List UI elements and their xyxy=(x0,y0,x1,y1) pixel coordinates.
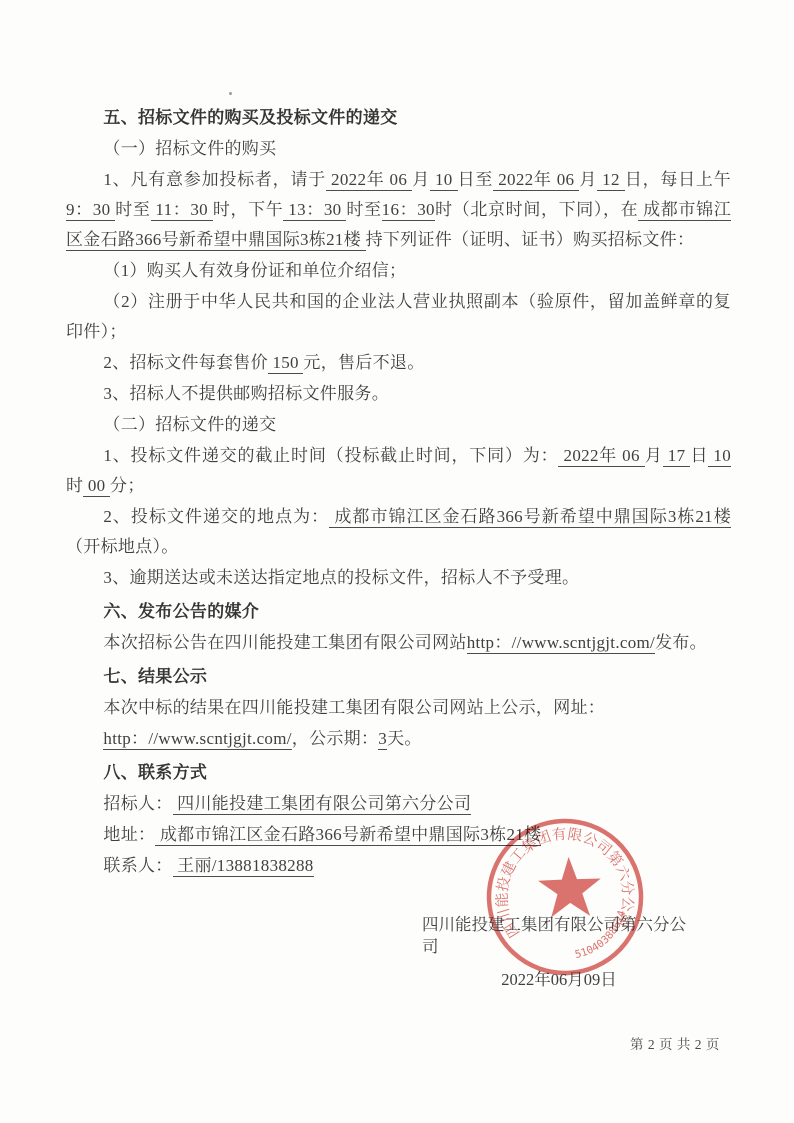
paragraph: （2）注册于中华人民共和国的企业法人营业执照副本（验原件，留加盖鲜章的复印件）； xyxy=(66,287,731,347)
filled-blank: http：//www.scntjgjt.com/ xyxy=(103,729,291,750)
filled-blank: 12 xyxy=(597,170,625,191)
filled-blank: 3 xyxy=(378,729,387,750)
text-run: 3、招标人不提供邮购招标文件服务。 xyxy=(103,384,389,403)
text-run: 八、联系方式 xyxy=(103,763,207,782)
text-run: （2）注册于中华人民共和国的企业法人营业执照副本（验原件，留加盖鲜章的复印件）； xyxy=(66,292,731,341)
paragraph: 3、逾期送达或未送达指定地点的投标文件，招标人不予受理。 xyxy=(66,563,731,593)
text-run: 元，售后不退。 xyxy=(303,353,424,372)
text-run: 月 xyxy=(412,170,430,189)
text-run: 月 xyxy=(645,446,663,465)
filled-blank: 16：30 xyxy=(382,200,435,221)
text-run: 联系人： xyxy=(103,856,172,875)
filled-blank: 10 xyxy=(708,446,731,467)
text-run: （二）招标文件的递交 xyxy=(103,415,276,434)
paragraph: 1、凡有意参加投标者，请于 2022年 06 月 10 日至 2022年 06 … xyxy=(66,165,731,255)
paragraph: （二）招标文件的递交 xyxy=(66,410,731,440)
filled-blank: 13：30 xyxy=(283,200,346,221)
text-run: 持下列证件（证明、证书）购买招标文件： xyxy=(366,230,695,249)
text-run: 本次招标公告在四川能投建工集团有限公司网站 xyxy=(103,633,466,652)
paragraph: 招标人： 四川能投建工集团有限公司第六分公司 xyxy=(66,789,731,819)
filled-blank: 11：30 xyxy=(151,200,213,221)
paragraph: 本次招标公告在四川能投建工集团有限公司网站http：//www.scntjgjt… xyxy=(66,628,731,658)
text-run: 本次中标的结果在四川能投建工集团有限公司网站上公示，网址： xyxy=(103,698,605,717)
paragraph: 地址： 成都市锦江区金石路366号新希望中鼎国际3栋21楼 xyxy=(66,820,731,850)
filled-blank: http：//www.scntjgjt.com/ xyxy=(467,633,655,654)
paragraph: 联系人： 王丽/13881838288 xyxy=(66,851,731,881)
text-run: 1、凡有意参加投标者，请于 xyxy=(103,170,326,189)
text-run: 招标人： xyxy=(103,794,172,813)
filled-blank: 150 xyxy=(268,353,304,374)
filled-blank: 四川能投建工集团有限公司第六分公司 xyxy=(173,794,472,815)
text-run: 时 xyxy=(66,476,83,495)
text-run: ，公示期： xyxy=(292,729,379,748)
section-heading: 七、结果公示 xyxy=(66,662,731,692)
paragraph: （1）购买人有效身份证和单位介绍信； xyxy=(66,256,731,286)
text-run: 五、招标文件的购买及投标文件的递交 xyxy=(103,108,397,127)
text-run: 时至 xyxy=(115,200,150,219)
section-heading: 六、发布公告的媒介 xyxy=(66,597,731,627)
text-run: 日 xyxy=(690,446,708,465)
text-run: 日，每日上午 xyxy=(625,170,731,189)
text-run: 日至 xyxy=(458,170,494,189)
section-heading: 五、招标文件的购买及投标文件的递交 xyxy=(66,103,731,133)
text-run: 2、投标文件递交的地点为： xyxy=(103,507,329,526)
text-run: 地址： xyxy=(103,825,155,844)
paragraph: http：//www.scntjgjt.com/，公示期：3天。 xyxy=(66,724,731,754)
scan-artifact-dot xyxy=(229,92,232,95)
text-run: 七、结果公示 xyxy=(103,667,207,686)
text-run: 时（北京时间，下同），在 xyxy=(435,200,638,219)
filled-blank: 王丽/13881838288 xyxy=(173,856,314,877)
filled-blank: 2022年 06 xyxy=(326,170,412,191)
text-run: 1、投标文件递交的截止时间（投标截止时间，下同）为： xyxy=(103,446,558,465)
text-run: 月 xyxy=(579,170,597,189)
scanned-tender-document-page: 五、招标文件的购买及投标文件的递交（一）招标文件的购买1、凡有意参加投标者，请于… xyxy=(0,0,794,1123)
filled-blank: 9：30 xyxy=(66,200,115,221)
signature-company: 四川能投建工集团有限公司第六分公司 xyxy=(422,914,696,958)
filled-blank: 17 xyxy=(663,446,691,467)
text-run: （一）招标文件的购买 xyxy=(103,139,276,158)
filled-blank: 成都市锦江区金石路366号新希望中鼎国际3栋21楼 xyxy=(155,825,541,846)
text-run: 天。 xyxy=(387,729,422,748)
signature-block: 四川能投建工集团有限公司第六分公司 2022年06月09日 xyxy=(422,914,696,991)
page-number: 第 2 页 共 2 页 xyxy=(630,1033,720,1053)
text-run: 发布。 xyxy=(655,633,707,652)
paragraph: 2、投标文件递交的地点为： 成都市锦江区金石路366号新希望中鼎国际3栋21楼 … xyxy=(66,502,731,562)
text-run: （开标地点）。 xyxy=(66,537,179,556)
paragraph: 2、招标文件每套售价 150 元，售后不退。 xyxy=(66,348,731,378)
text-run: 3、逾期送达或未送达指定地点的投标文件，招标人不予受理。 xyxy=(103,568,579,587)
section-heading: 八、联系方式 xyxy=(66,758,731,788)
paragraph: 本次中标的结果在四川能投建工集团有限公司网站上公示，网址： xyxy=(66,693,731,723)
filled-blank: 2022年 06 xyxy=(558,446,644,467)
text-run: 分； xyxy=(110,476,145,495)
paragraph: 1、投标文件递交的截止时间（投标截止时间，下同）为： 2022年 06 月 17… xyxy=(66,441,731,501)
paragraph: 3、招标人不提供邮购招标文件服务。 xyxy=(66,379,731,409)
text-run: （1）购买人有效身份证和单位介绍信； xyxy=(103,261,406,280)
filled-blank: 00 xyxy=(83,476,110,497)
signature-date: 2022年06月09日 xyxy=(422,969,696,991)
text-run: 2、招标文件每套售价 xyxy=(103,353,268,372)
text-run: 六、发布公告的媒介 xyxy=(103,602,259,621)
filled-blank: 成都市锦江区金石路366号新希望中鼎国际3栋21楼 xyxy=(329,507,731,528)
filled-blank: 10 xyxy=(430,170,458,191)
paragraph: （一）招标文件的购买 xyxy=(66,134,731,164)
text-run: 时至 xyxy=(346,200,381,219)
filled-blank: 2022年 06 xyxy=(493,170,579,191)
document-body: 五、招标文件的购买及投标文件的递交（一）招标文件的购买1、凡有意参加投标者，请于… xyxy=(66,99,731,881)
text-run: 时，下午 xyxy=(213,200,284,219)
